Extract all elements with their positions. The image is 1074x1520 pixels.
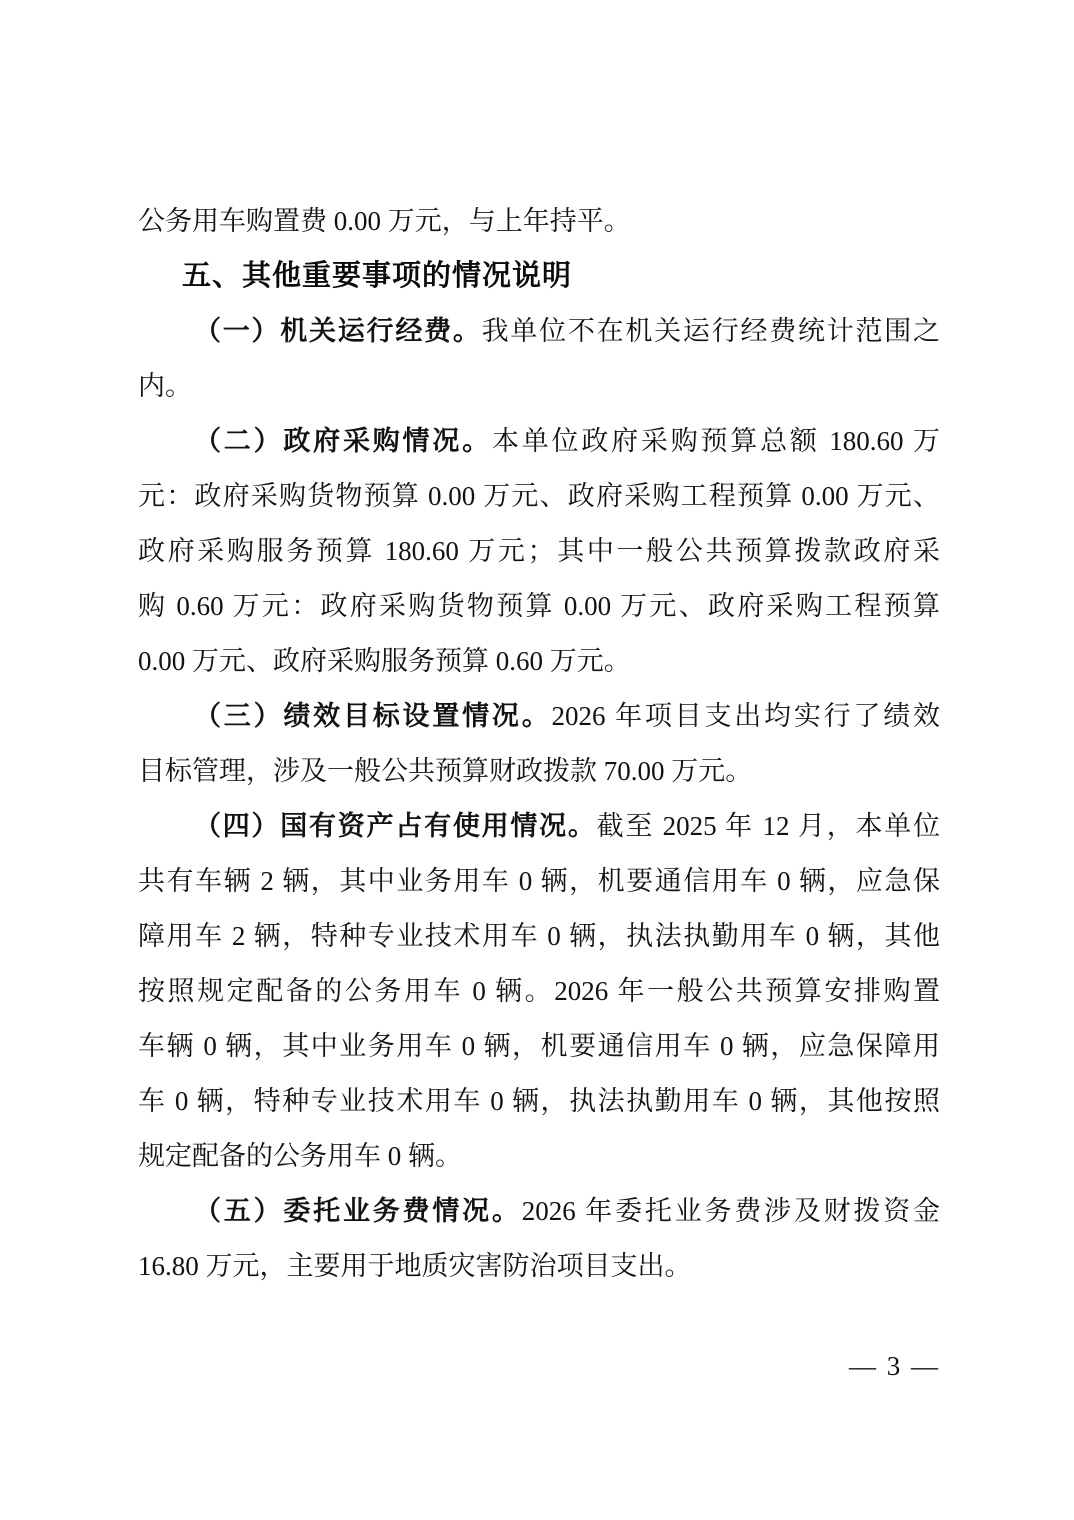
body-text: 车辆 0 辆，其中业务用车 0 辆，机要通信用车 0 辆，应急保障用 [138,1031,940,1061]
text-line: （四）国有资产占有使用情况。截至 2025 年 12 月，本单位 [138,799,940,854]
body-text: 2026 年项目支出均实行了绩效 [552,701,940,731]
text-line: 按照规定配备的公务用车 0 辆。2026 年一般公共预算安排购置 [138,964,940,1019]
body-text: 目标管理，涉及一般公共预算财政拨款 70.00 万元。 [138,756,752,786]
text-line: 16.80 万元，主要用于地质灾害防治项目支出。 [138,1239,940,1294]
body-text: 截至 2025 年 12 月，本单位 [597,811,940,841]
page-number: — 3 — [849,1346,940,1386]
text-line: （一）机关运行经费。我单位不在机关运行经费统计范围之 [138,304,940,359]
text-line: 障用车 2 辆，特种专业技术用车 0 辆，执法执勤用车 0 辆，其他 [138,909,940,964]
text-line: 购 0.60 万元：政府采购货物预算 0.00 万元、政府采购工程预算 [138,579,940,634]
subsection-title: （一）机关运行经费。 [194,316,482,346]
text-line: 车 0 辆，特种专业技术用车 0 辆，执法执勤用车 0 辆，其他按照 [138,1074,940,1129]
subsection-title: （二）政府采购情况。 [194,426,492,456]
text-line: 车辆 0 辆，其中业务用车 0 辆，机要通信用车 0 辆，应急保障用 [138,1019,940,1074]
body-text: 本单位政府采购预算总额 180.60 万 [492,426,940,456]
body-text: 公务用车购置费 0.00 万元，与上年持平。 [138,206,631,236]
text-line: 0.00 万元、政府采购服务预算 0.60 万元。 [138,634,940,689]
section-heading: 五、其他重要事项的情况说明 [138,249,940,304]
text-line: 元：政府采购货物预算 0.00 万元、政府采购工程预算 0.00 万元、 [138,469,940,524]
body-text: 政府采购服务预算 180.60 万元；其中一般公共预算拨款政府采 [138,536,940,566]
subsection-title: （四）国有资产占有使用情况。 [194,811,597,841]
text-line: 共有车辆 2 辆，其中业务用车 0 辆，机要通信用车 0 辆，应急保 [138,854,940,909]
body-text: 元：政府采购货物预算 0.00 万元、政府采购工程预算 0.00 万元、 [138,481,940,511]
body-text: 购 0.60 万元：政府采购货物预算 0.00 万元、政府采购工程预算 [138,591,940,621]
document-page: 公务用车购置费 0.00 万元，与上年持平。五、其他重要事项的情况说明（一）机关… [0,0,1074,1520]
subsection-title: （五）委托业务费情况。 [194,1196,522,1226]
body-text: 0.00 万元、政府采购服务预算 0.60 万元。 [138,646,631,676]
body-text: 车 0 辆，特种专业技术用车 0 辆，执法执勤用车 0 辆，其他按照 [138,1086,940,1116]
body-text: 内。 [138,371,192,401]
text-line: 政府采购服务预算 180.60 万元；其中一般公共预算拨款政府采 [138,524,940,579]
text-line: 内。 [138,359,940,414]
text-line: 公务用车购置费 0.00 万元，与上年持平。 [138,194,940,249]
body-text: 我单位不在机关运行经费统计范围之 [482,316,940,346]
subsection-title: （三）绩效目标设置情况。 [194,701,552,731]
document-body: 公务用车购置费 0.00 万元，与上年持平。五、其他重要事项的情况说明（一）机关… [138,194,940,1294]
heading-text: 五、其他重要事项的情况说明 [182,260,572,292]
body-text: 按照规定配备的公务用车 0 辆。2026 年一般公共预算安排购置 [138,976,940,1006]
body-text: 障用车 2 辆，特种专业技术用车 0 辆，执法执勤用车 0 辆，其他 [138,921,940,951]
text-line: 目标管理，涉及一般公共预算财政拨款 70.00 万元。 [138,744,940,799]
body-text: 共有车辆 2 辆，其中业务用车 0 辆，机要通信用车 0 辆，应急保 [138,866,940,896]
body-text: 规定配备的公务用车 0 辆。 [138,1141,462,1171]
body-text: 2026 年委托业务费涉及财拨资金 [522,1196,940,1226]
text-line: （三）绩效目标设置情况。2026 年项目支出均实行了绩效 [138,689,940,744]
text-line: （五）委托业务费情况。2026 年委托业务费涉及财拨资金 [138,1184,940,1239]
text-line: 规定配备的公务用车 0 辆。 [138,1129,940,1184]
text-line: （二）政府采购情况。本单位政府采购预算总额 180.60 万 [138,414,940,469]
body-text: 16.80 万元，主要用于地质灾害防治项目支出。 [138,1251,692,1281]
